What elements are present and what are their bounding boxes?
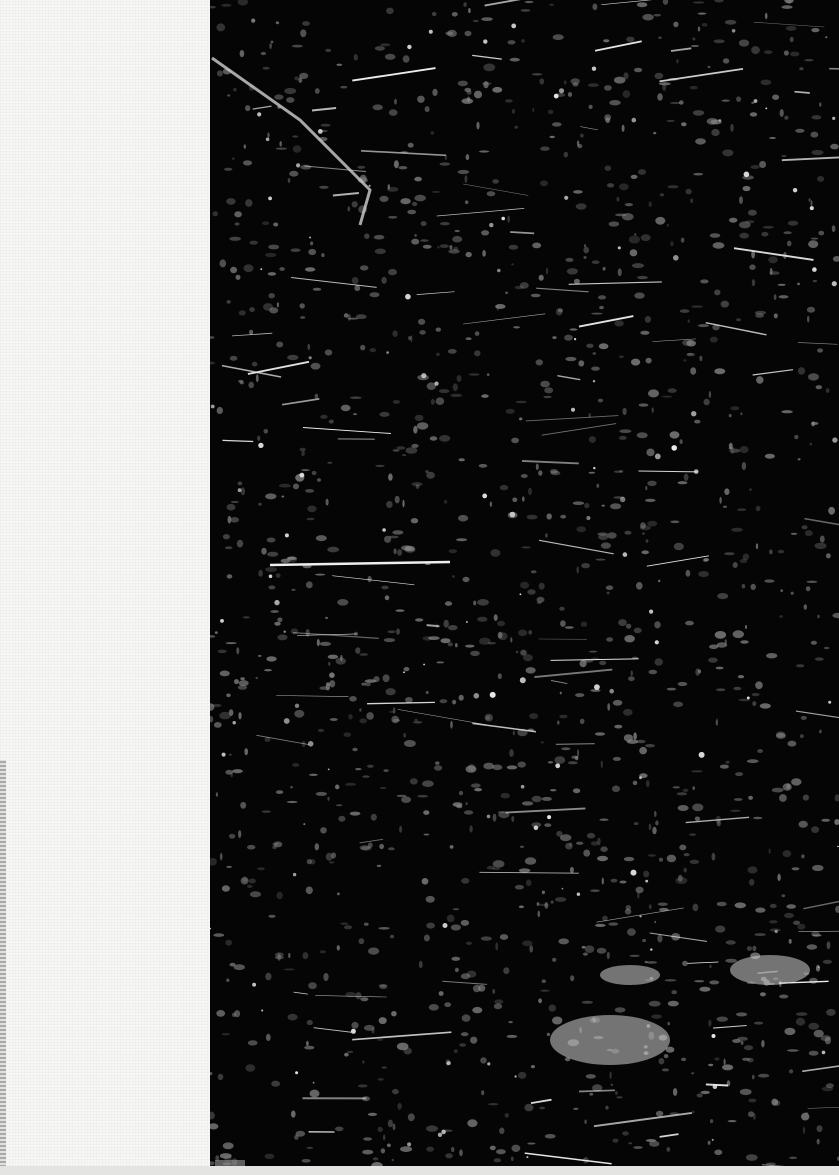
spine-worn-edge <box>0 760 6 1175</box>
marbled-board <box>210 0 839 1166</box>
cloth-spine <box>0 0 212 1175</box>
book-cover <box>0 0 839 1175</box>
bottom-edge <box>0 1166 839 1175</box>
marble-pattern <box>210 0 839 1166</box>
